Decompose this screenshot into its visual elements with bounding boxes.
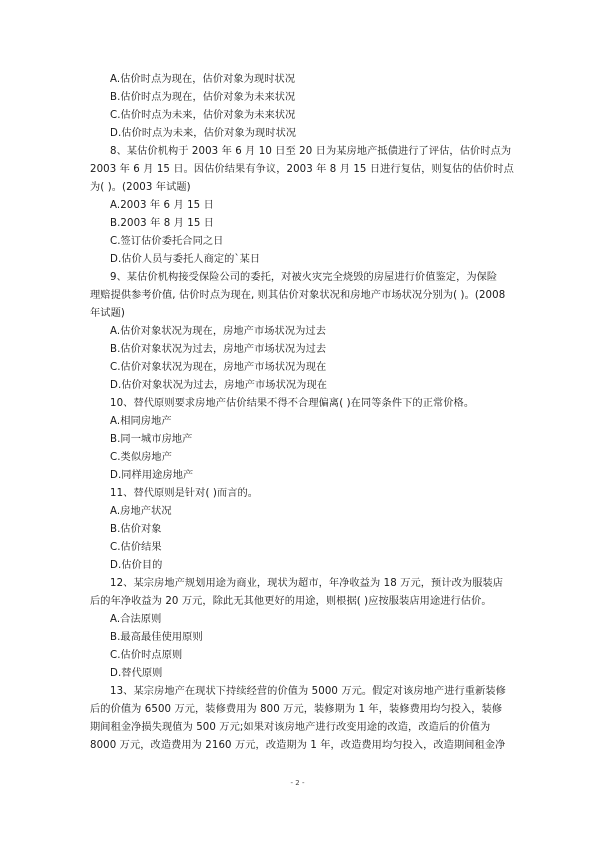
question-text-continued: 后的年净收益为 20 万元，除此无其他更好的用途，则根据( )应按服装店用途进行…	[90, 596, 492, 608]
answer-option: C.签订估价委托合同之日	[110, 236, 223, 248]
question-text: 8、某估价机构于 2003 年 6 月 10 日至 20 日为某房地产抵债进行了…	[110, 146, 511, 158]
answer-option: C.估价时点为未来，估价对象为未来状况	[110, 110, 295, 122]
document-page: A.估价时点为现在，估价对象为现时状况B.估价时点为现在，估价对象为未来状况C.…	[0, 0, 595, 841]
answer-option: C.类似房地产	[110, 452, 172, 464]
answer-option: C.估价时点原则	[110, 650, 182, 662]
answer-option: D.估价人员与委托人商定的`某日	[110, 254, 260, 266]
answer-option: D.替代原则	[110, 668, 162, 680]
answer-option: D.估价对象状况为过去，房地产市场状况为现在	[110, 380, 327, 392]
answer-option: B.同一城市房地产	[110, 434, 192, 446]
question-text-continued: 8000 万元，改造费用为 2160 万元，改造期为 1 年，改造费用均匀投入，…	[90, 740, 505, 752]
question-text: 10、替代原则要求房地产估价结果不得不合理偏离( )在同等条件下的正常价格。	[110, 398, 474, 410]
question-text: 12、某宗房地产规划用途为商业，现状为超市，年净收益为 18 万元，预计改为服装…	[110, 578, 503, 590]
question-text-continued: 为( )。(2003 年试题)	[90, 182, 191, 194]
answer-option: A.估价时点为现在，估价对象为现时状况	[110, 74, 295, 86]
answer-option: A.估价对象状况为现在，房地产市场状况为过去	[110, 326, 326, 338]
question-text-continued: 年试题)	[90, 308, 125, 320]
answer-option: C.估价结果	[110, 542, 162, 554]
answer-option: B.估价时点为现在，估价对象为未来状况	[110, 92, 295, 104]
question-text-continued: 期间租金净损失现值为 500 万元;如果对该房地产进行改变用途的改造，改造后的价…	[90, 722, 490, 734]
page-number: - 2 -	[0, 779, 595, 787]
answer-option: A.合法原则	[110, 614, 161, 626]
question-text-continued: 后的价值为 6500 万元，装修费用为 800 万元，装修期为 1 年，装修费用…	[90, 704, 502, 716]
answer-option: A.房地产状况	[110, 506, 172, 518]
answer-option: D.估价目的	[110, 560, 162, 572]
question-text: 9、某估价机构接受保险公司的委托，对被火灾完全烧毁的房屋进行价值鉴定，为保险	[110, 272, 497, 284]
question-text: 11、替代原则是针对( )而言的。	[110, 488, 258, 500]
question-text: 13、某宗房地产在现状下持续经营的价值为 5000 万元。假定对该房地产进行重新…	[110, 686, 506, 698]
answer-option: D.同样用途房地产	[110, 470, 193, 482]
question-text-continued: 2003 年 6 月 15 日。因估价结果有争议，2003 年 8 月 15 日…	[90, 164, 514, 176]
answer-option: A.2003 年 6 月 15 日	[110, 200, 214, 212]
answer-option: A.相同房地产	[110, 416, 172, 428]
answer-option: B.估价对象状况为过去，房地产市场状况为过去	[110, 344, 326, 356]
answer-option: C.估价对象状况为现在，房地产市场状况为现在	[110, 362, 326, 374]
question-text-continued: 理赔提供参考价值, 估价时点为现在, 则其估价对象状况和房地产市场状况分别为( …	[90, 290, 505, 302]
answer-option: D.估价时点为未来，估价对象为现时状况	[110, 128, 296, 140]
answer-option: B.最高最佳使用原则	[110, 632, 203, 644]
answer-option: B.2003 年 8 月 15 日	[110, 218, 214, 230]
answer-option: B.估价对象	[110, 524, 162, 536]
